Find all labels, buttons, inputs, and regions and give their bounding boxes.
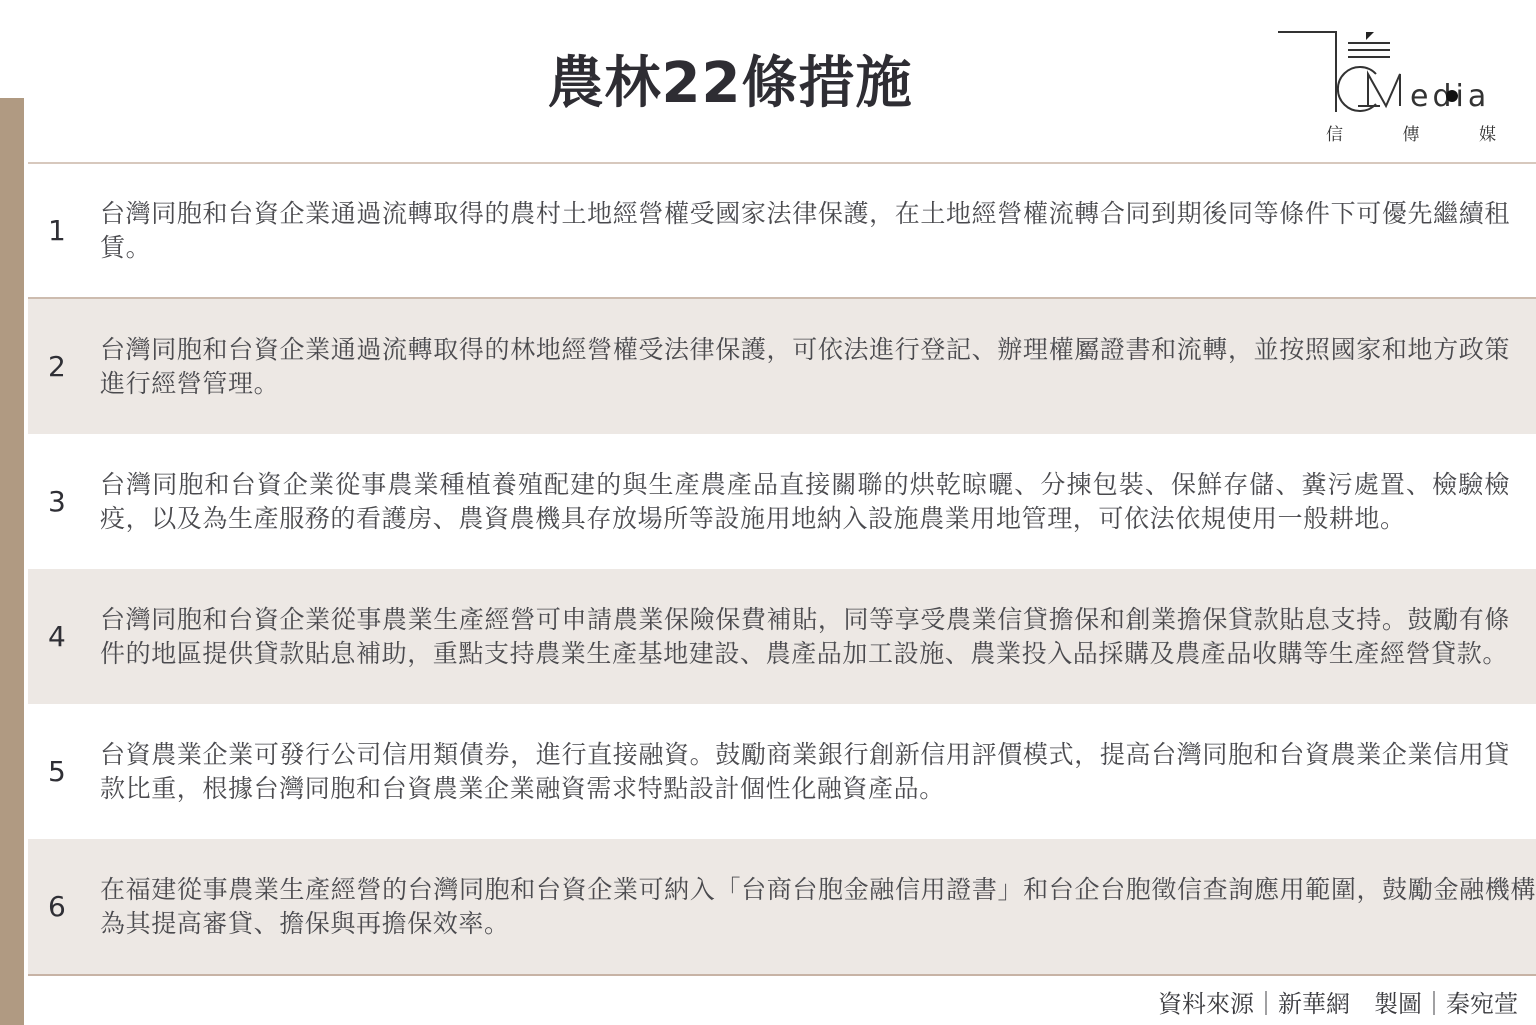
measure-number: 3 bbox=[28, 485, 100, 518]
logo-subtitle: 信 傳 媒 bbox=[1326, 120, 1496, 145]
measure-number: 6 bbox=[28, 890, 100, 923]
source-credit: 資料來源｜新華網 製圖｜秦宛萱 bbox=[1158, 984, 1518, 1019]
measure-row: 5 台資農業企業可發行公司信用類債券，進行直接融資。鼓勵商業銀行創新信用評價模式… bbox=[28, 704, 1536, 839]
measure-number: 2 bbox=[28, 350, 100, 383]
measure-row: 3 台灣同胞和台資企業從事農業種植養殖配建的與生產農產品直接關聯的烘乾晾曬、分揀… bbox=[28, 434, 1536, 569]
page-title: 農林22條措施 bbox=[0, 46, 1460, 122]
measures-table: 1 台灣同胞和台資企業通過流轉取得的農村土地經營權受國家法律保護，在土地經營權流… bbox=[28, 162, 1536, 976]
logo-sub-char: 媒 bbox=[1479, 120, 1496, 145]
measure-row: 4 台灣同胞和台資企業從事農業生產經營可申請農業保險保費補貼，同等享受農業信貸擔… bbox=[28, 569, 1536, 704]
logo-sub-char: 信 bbox=[1326, 120, 1343, 145]
brand-logo: edia 信 傳 媒 bbox=[1276, 28, 1506, 148]
measure-row: 2 台灣同胞和台資企業通過流轉取得的林地經營權受法律保護，可依法進行登記、辦理權… bbox=[28, 299, 1536, 434]
measure-text: 在福建從事農業生產經營的台灣同胞和台資企業可納入「台商台胞金融信用證書」和台企台… bbox=[100, 873, 1536, 941]
accent-side-bar bbox=[0, 98, 24, 1025]
measure-text: 台灣同胞和台資企業通過流轉取得的林地經營權受法律保護，可依法進行登記、辦理權屬證… bbox=[100, 333, 1536, 401]
measure-row: 6 在福建從事農業生產經營的台灣同胞和台資企業可納入「台商台胞金融信用證書」和台… bbox=[28, 839, 1536, 974]
logo-sub-char: 傳 bbox=[1403, 120, 1420, 145]
measure-number: 1 bbox=[28, 214, 100, 247]
measure-text: 台灣同胞和台資企業從事農業種植養殖配建的與生產農產品直接關聯的烘乾晾曬、分揀包裝… bbox=[100, 468, 1536, 536]
measure-number: 5 bbox=[28, 755, 100, 788]
measure-row: 1 台灣同胞和台資企業通過流轉取得的農村土地經營權受國家法律保護，在土地經營權流… bbox=[28, 164, 1536, 299]
measure-text: 台灣同胞和台資企業通過流轉取得的農村土地經營權受國家法律保護，在土地經營權流轉合… bbox=[100, 197, 1536, 265]
measure-number: 4 bbox=[28, 620, 100, 653]
media-logo-icon: edia bbox=[1276, 28, 1506, 118]
measure-text: 台資農業企業可發行公司信用類債券，進行直接融資。鼓勵商業銀行創新信用評價模式，提… bbox=[100, 738, 1536, 806]
divider bbox=[28, 974, 1536, 976]
measure-text: 台灣同胞和台資企業從事農業生產經營可申請農業保險保費補貼，同等享受農業信貸擔保和… bbox=[100, 603, 1536, 671]
